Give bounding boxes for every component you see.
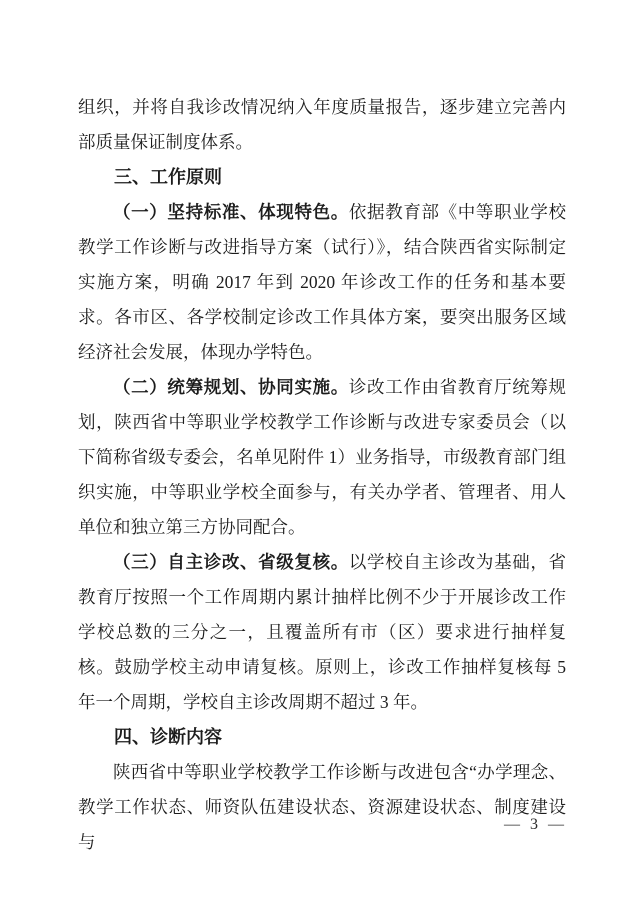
section-heading-4: 四、诊断内容 — [78, 720, 566, 755]
paragraph-text: 以学校自主诊改为基础，省教育厅按照一个工作周期内累计抽样比例不少于开展诊改工作学… — [78, 552, 566, 712]
paragraph-lead: （一）坚持标准、体现特色。 — [113, 202, 349, 222]
paragraph-diagnosis-content: 陕西省中等职业学校教学工作诊断与改进包含“办学理念、教学工作状态、师资队伍建设状… — [78, 755, 566, 860]
paragraph-text: 陕西省中等职业学校教学工作诊断与改进包含“办学理念、教学工作状态、师资队伍建设状… — [78, 762, 566, 852]
paragraph-text: 诊改工作由省教育厅统筹规划，陕西省中等职业学校教学工作诊断与改进专家委员会（以下… — [78, 377, 566, 537]
paragraph-text: 依据教育部《中等职业学校教学工作诊断与改进指导方案（试行）》，结合陕西省实际制定… — [78, 202, 566, 362]
paragraph-continued: 组织，并将自我诊改情况纳入年度质量报告，逐步建立完善内部质量保证制度体系。 — [78, 90, 566, 160]
document-body: 组织，并将自我诊改情况纳入年度质量报告，逐步建立完善内部质量保证制度体系。 三、… — [78, 90, 566, 860]
document-page: 组织，并将自我诊改情况纳入年度质量报告，逐步建立完善内部质量保证制度体系。 三、… — [0, 0, 641, 914]
paragraph-lead: （二）统筹规划、协同实施。 — [113, 377, 349, 397]
paragraph-lead: （三）自主诊改、省级复核。 — [113, 552, 349, 572]
paragraph-principle-1: （一）坚持标准、体现特色。依据教育部《中等职业学校教学工作诊断与改进指导方案（试… — [78, 195, 566, 370]
section-heading-3: 三、工作原则 — [78, 160, 566, 195]
paragraph-principle-2: （二）统筹规划、协同实施。诊改工作由省教育厅统筹规划，陕西省中等职业学校教学工作… — [78, 370, 566, 545]
paragraph-text: 组织，并将自我诊改情况纳入年度质量报告，逐步建立完善内部质量保证制度体系。 — [78, 97, 566, 152]
page-number: — 3 — — [504, 815, 567, 835]
paragraph-principle-3: （三）自主诊改、省级复核。以学校自主诊改为基础，省教育厅按照一个工作周期内累计抽… — [78, 545, 566, 720]
